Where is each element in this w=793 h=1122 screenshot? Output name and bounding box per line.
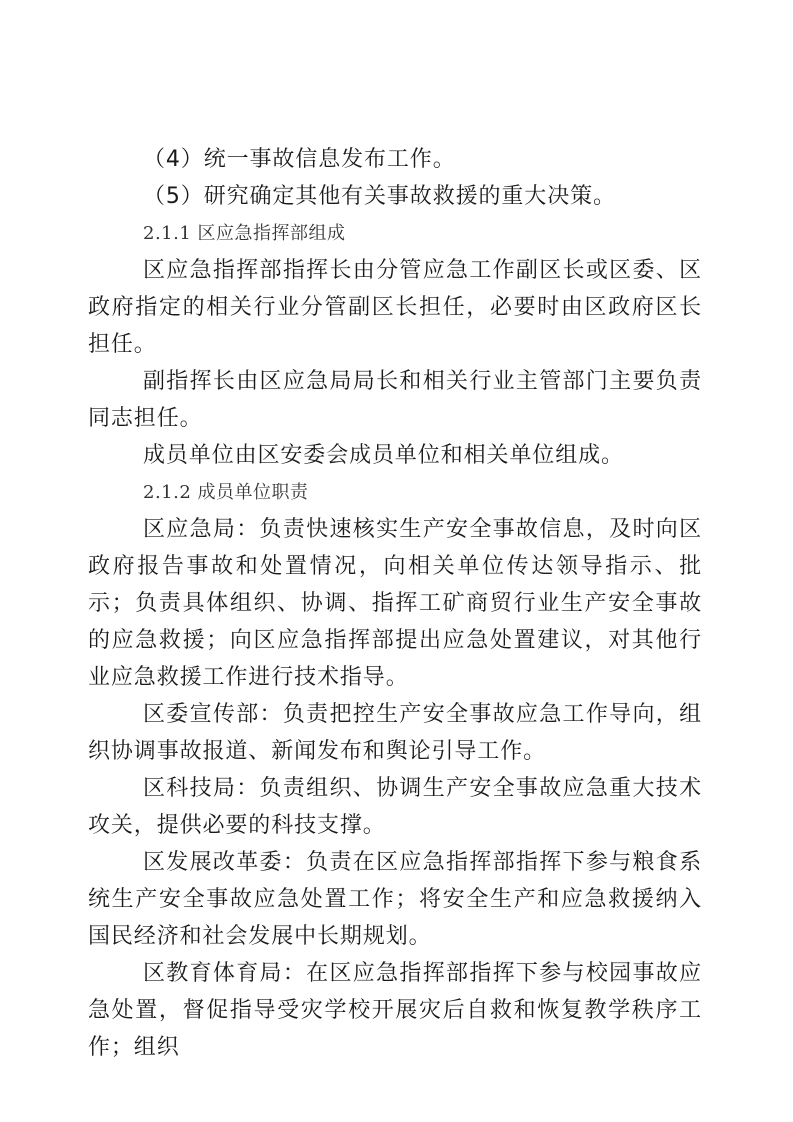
paragraph-science-bureau: 区科技局：负责组织、协调生产安全事故应急重大技术攻关，提供必要的科技支撑。	[88, 770, 702, 844]
paragraph-education-sports: 区教育体育局：在区应急指挥部指挥下参与校园事故应急处置，督促指导受灾学校开展灾后…	[88, 955, 702, 1066]
list-item-5: （5）研究确定其他有关事故救援的重大决策。	[88, 178, 702, 215]
paragraph-development-reform: 区发展改革委：负责在区应急指挥部指挥下参与粮食系统生产安全事故应急处置工作；将安…	[88, 844, 702, 955]
paragraph-publicity-dept: 区委宣传部：负责把控生产安全事故应急工作导向，组织协调事故报道、新闻发布和舆论引…	[88, 696, 702, 770]
document-page: （4）统一事故信息发布工作。 （5）研究确定其他有关事故救援的重大决策。 2.1…	[88, 141, 702, 1066]
paragraph-deputy-commander: 副指挥长由区应急局局长和相关行业主管部门主要负责同志担任。	[88, 363, 702, 437]
paragraph-commander: 区应急指挥部指挥长由分管应急工作副区长或区委、区政府指定的相关行业分管副区长担任…	[88, 252, 702, 363]
section-heading-2-1-1: 2.1.1 区应急指挥部组成	[88, 215, 702, 252]
paragraph-emergency-bureau: 区应急局：负责快速核实生产安全事故信息，及时向区政府报告事故和处置情况，向相关单…	[88, 511, 702, 696]
list-item-4: （4）统一事故信息发布工作。	[88, 141, 702, 178]
paragraph-member-units: 成员单位由区安委会成员单位和相关单位组成。	[88, 437, 702, 474]
section-heading-2-1-2: 2.1.2 成员单位职责	[88, 474, 702, 511]
